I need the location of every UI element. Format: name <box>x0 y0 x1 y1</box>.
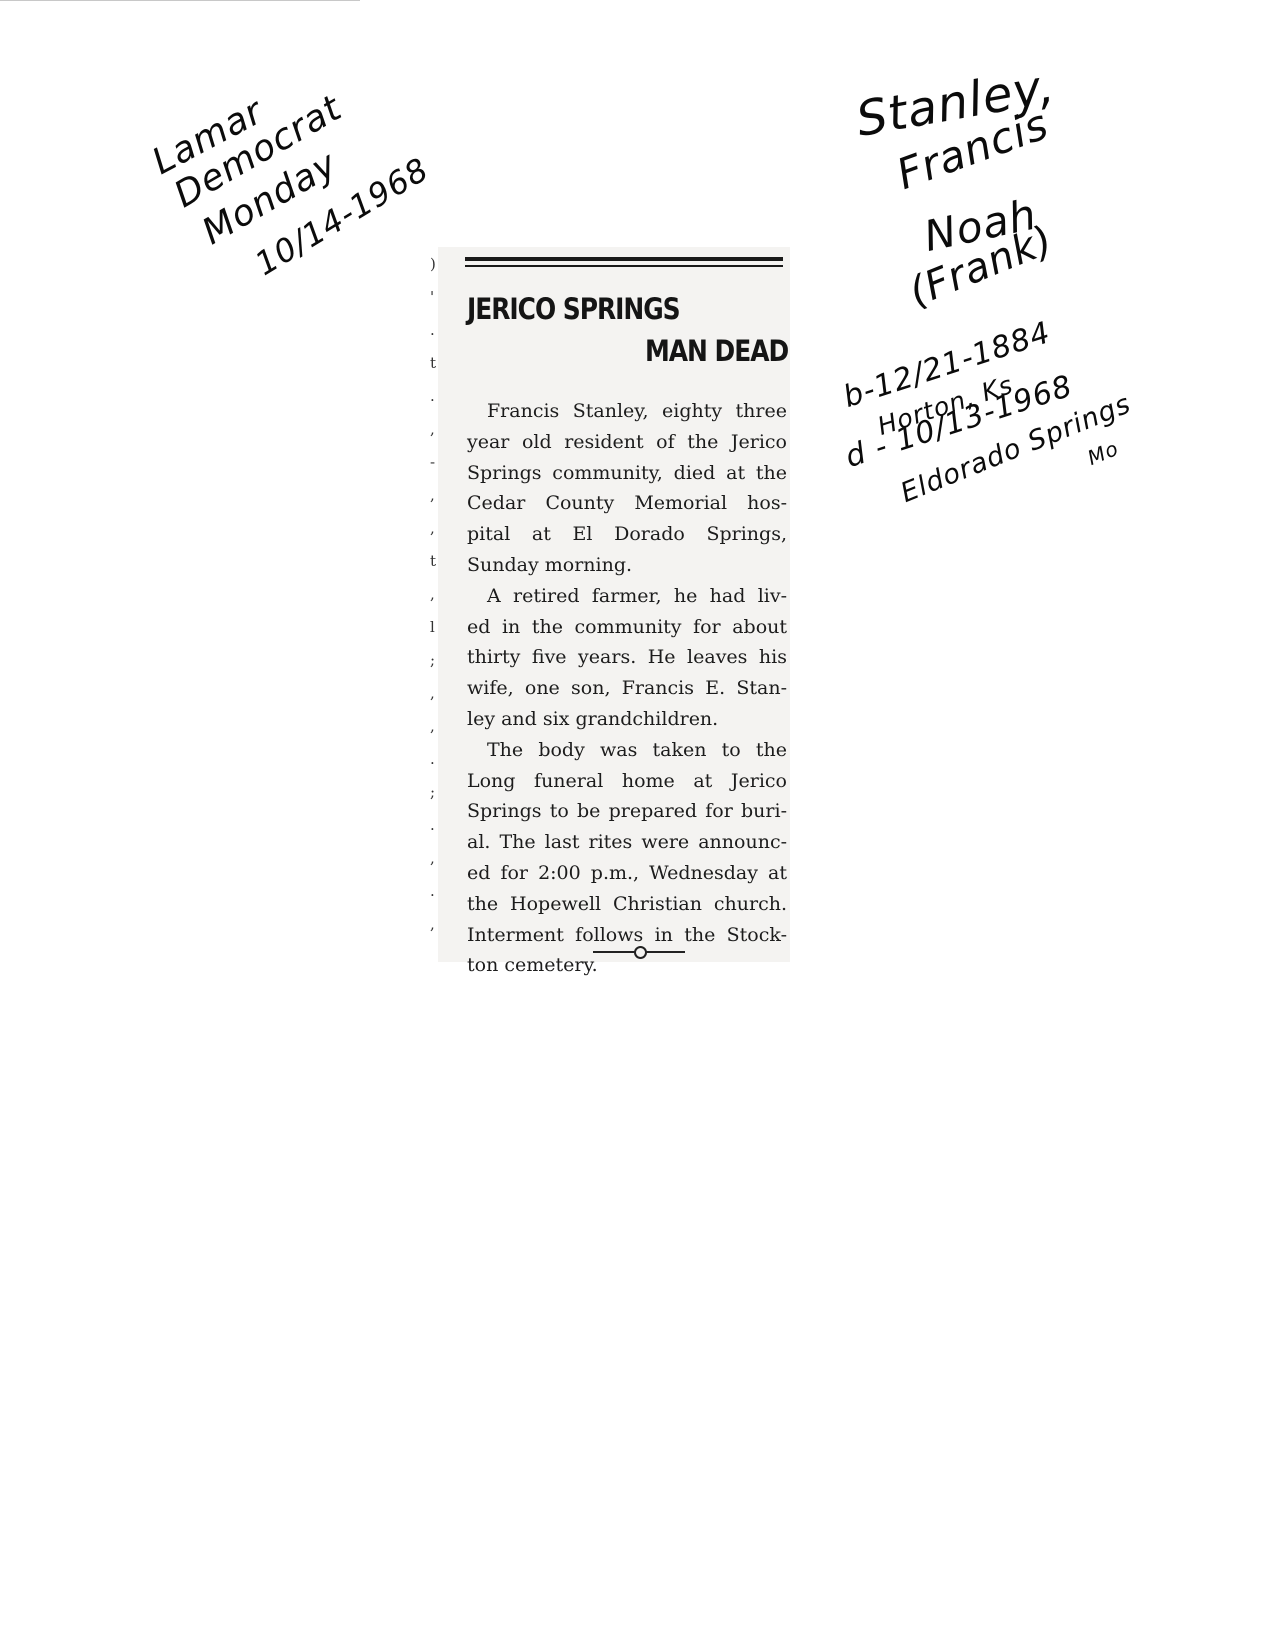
margin-mark: . <box>430 882 435 900</box>
margin-mark: , <box>430 684 435 702</box>
margin-mark: , <box>430 915 435 933</box>
margin-mark: . <box>430 750 435 768</box>
article-line: Springs to be prepared for buri- <box>467 796 787 827</box>
margin-mark: ; <box>430 783 435 801</box>
margin-mark: . <box>430 321 435 339</box>
article-line: ton cemetery. <box>467 950 787 981</box>
article-line: Interment follows in the Stock- <box>467 920 787 951</box>
article-line: pital at El Dorado Springs, <box>467 519 787 550</box>
article-line: ed for 2:00 p.m., Wednesday at <box>467 858 787 889</box>
article-line: the Hopewell Christian church. <box>467 889 787 920</box>
margin-mark: . <box>430 816 435 834</box>
scan-edge <box>0 0 360 1</box>
article-body: Francis Stanley, eighty threeyear old re… <box>467 396 787 981</box>
margin-mark: , <box>430 486 435 504</box>
article-line: ley and six grandchildren. <box>467 704 787 735</box>
margin-mark: t <box>430 552 436 570</box>
margin-mark: , <box>430 420 435 438</box>
article-line: Francis Stanley, eighty three <box>467 396 787 427</box>
margin-mark: ' <box>430 288 434 306</box>
article-line: al. The last rites were announc- <box>467 827 787 858</box>
article-line: A retired farmer, he had liv- <box>467 581 787 612</box>
margin-mark: , <box>430 849 435 867</box>
margin-mark: , <box>430 585 435 603</box>
headline-rule <box>465 257 783 261</box>
headline-line-2: MAN DEAD <box>645 334 788 368</box>
note-death-state: Mo <box>1084 436 1122 470</box>
article-line: Long funeral home at Jerico <box>467 766 787 797</box>
article-line: Sunday morning. <box>467 550 787 581</box>
article-line: Springs community, died at the <box>467 458 787 489</box>
article-line: wife, one son, Francis E. Stan- <box>467 673 787 704</box>
end-ornament <box>634 946 647 959</box>
margin-mark: - <box>430 453 435 471</box>
margin-mark: t <box>430 354 436 372</box>
article-line: thirty five years. He leaves his <box>467 642 787 673</box>
article-line: year old resident of the Jerico <box>467 427 787 458</box>
margin-mark: . <box>430 387 435 405</box>
margin-mark: , <box>430 519 435 537</box>
margin-mark: , <box>430 717 435 735</box>
margin-mark: ) <box>430 255 436 273</box>
headline-line-1: JERICO SPRINGS <box>467 292 680 326</box>
headline-rule-thin <box>465 265 783 267</box>
article-line: Cedar County Memorial hos- <box>467 488 787 519</box>
article-line: The body was taken to the <box>467 735 787 766</box>
margin-mark: ; <box>430 651 435 669</box>
margin-marks: )'.t.,-,,t,l;,,.;.,., <box>430 255 440 975</box>
margin-mark: l <box>430 618 435 636</box>
article-line: ed in the community for about <box>467 612 787 643</box>
